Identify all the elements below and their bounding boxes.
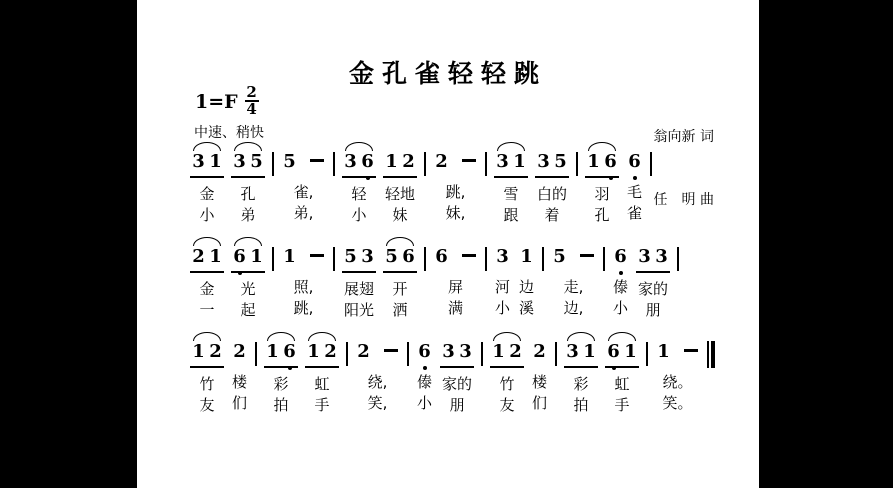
note-group: 6屏满 (433, 237, 478, 319)
note-group: 33家的朋 (636, 237, 670, 321)
lyric-verse2-syllable: 手 (605, 395, 639, 416)
bar-line (333, 237, 335, 271)
lyric-verse1-syllable: 边 (518, 277, 535, 298)
note-group: 61虹手 (605, 332, 639, 416)
note-digit: 1 (264, 342, 281, 362)
lyric-verse2-syllable: 满 (433, 298, 478, 319)
arc-spacer (436, 142, 475, 151)
lyric-verse2-syllable: 着 (535, 205, 569, 226)
lyric-verse1-syllable: 虹 (305, 374, 339, 395)
lyric-verse2-syllable: 弟, (281, 203, 326, 224)
bar-line-mark (272, 152, 274, 176)
bar-line (603, 237, 605, 271)
lyric-verse2-syllable: 起 (231, 300, 265, 321)
arc-spacer (658, 332, 697, 341)
bar-line (677, 237, 679, 271)
notes-row: 1 (655, 342, 700, 366)
note-digit: 6 (433, 247, 450, 267)
note-group: 53展翅阳光 (342, 237, 376, 321)
note-digit: 6 (400, 247, 417, 267)
bar-line (255, 332, 257, 366)
note-group: 33家的朋 (440, 332, 474, 416)
lyricist-credit: 翁向新 词 (654, 127, 714, 148)
note-group: 56开洒 (383, 237, 417, 321)
note-digit-low-octave: 6 (602, 152, 619, 172)
lyric-verse1-syllable: 照, (281, 277, 326, 298)
note-digit: 1 (383, 152, 400, 172)
arc-spacer (284, 237, 323, 246)
bar-line-mark (603, 247, 605, 271)
key-signature: 1=F24 (195, 90, 259, 116)
composer-credit: 任 明 曲 (654, 190, 714, 211)
note-group: 6毛雀 (626, 142, 643, 224)
lyric-verse2-syllable: 小 (494, 298, 511, 319)
half-note-dash (462, 254, 476, 257)
lyric-verse2-syllable: 们 (231, 393, 248, 414)
note-digit: 2 (531, 342, 548, 362)
lyric-verse1-syllable: 傣 (416, 372, 433, 393)
half-note-dash (310, 254, 324, 257)
note-group: 6傣小 (416, 332, 433, 414)
lyric-verse2-syllable: 友 (190, 395, 224, 416)
slur-arc (567, 332, 595, 341)
notes-row: 36 (342, 152, 376, 178)
time-signature: 24 (245, 86, 259, 116)
note-digit-low-octave: 6 (416, 342, 433, 362)
bar-line (542, 237, 544, 271)
half-note-dash (684, 349, 698, 352)
slur-arc (493, 332, 521, 341)
slur-arc (234, 237, 262, 246)
lyric-verse1-syllable: 开 (383, 279, 417, 300)
time-signature-top: 2 (245, 86, 259, 99)
note-group: 31金小 (190, 142, 224, 226)
arc-spacer (284, 142, 323, 151)
music-line-3: 12竹友2楼们16彩拍12虹手2绕,笑,6傣小33家的朋12竹友2楼们31彩拍6… (190, 332, 723, 416)
note-group: 12竹友 (490, 332, 524, 416)
note-group: 5雀,弟, (281, 142, 326, 224)
lyric-verse1-syllable: 楼 (231, 372, 248, 393)
bar-line (424, 142, 426, 176)
bar-line (407, 332, 409, 366)
bar-line-mark (485, 247, 487, 271)
half-note-dash (462, 159, 476, 162)
arc-spacer (538, 142, 566, 151)
notes-row: 16 (264, 342, 298, 368)
notes-row: 31 (494, 152, 528, 178)
lyric-verse2-syllable: 笑, (355, 393, 400, 414)
note-digit: 3 (440, 342, 457, 362)
notes-row: 61 (231, 247, 265, 273)
note-digit: 2 (400, 152, 417, 172)
lyric-verse1-syllable: 家的 (636, 279, 670, 300)
notes-row: 2 (355, 342, 400, 366)
notes-row: 2 (433, 152, 478, 176)
notes-row: 56 (383, 247, 417, 273)
lyric-verse1-syllable: 羽 (585, 184, 619, 205)
note-digit: 1 (305, 342, 322, 362)
lyric-verse2-syllable: 阳光 (342, 300, 376, 321)
note-digit-low-octave: 6 (612, 247, 629, 267)
note-digit: 3 (564, 342, 581, 362)
time-signature-bottom: 4 (245, 103, 259, 116)
notes-row: 31 (564, 342, 598, 368)
slur-arc (267, 332, 295, 341)
lyric-verse1-syllable: 金 (190, 184, 224, 205)
bar-line (346, 332, 348, 366)
lyric-verse2-syllable: 妹, (433, 203, 478, 224)
lyric-verse2-syllable: 一 (190, 300, 224, 321)
note-digit: 2 (322, 342, 339, 362)
arc-spacer (629, 142, 640, 151)
slur-arc (608, 332, 636, 341)
note-digit: 1 (585, 152, 602, 172)
lyric-verse1-syllable: 轻 (342, 184, 376, 205)
lyric-verse1-syllable: 展翅 (342, 279, 376, 300)
lyric-verse1-syllable: 轻地 (383, 184, 417, 205)
final-bar-thick (711, 341, 715, 368)
note-digit: 1 (511, 152, 528, 172)
slur-arc (193, 332, 221, 341)
note-digit: 1 (581, 342, 598, 362)
key-signature-text: 1=F (195, 91, 238, 113)
score-page: 金孔雀轻轻跳 1=F24 中速、稍快 翁向新 词 任 明 曲 31金小35孔弟5… (137, 0, 759, 488)
bar-line (333, 142, 335, 176)
note-digit: 1 (518, 247, 535, 267)
lyric-verse2-syllable: 雀 (626, 203, 643, 224)
note-digit: 1 (655, 342, 672, 362)
arc-spacer (615, 237, 626, 246)
arc-spacer (345, 237, 373, 246)
note-digit-low-octave: 6 (281, 342, 298, 362)
note-digit: 5 (552, 152, 569, 172)
arc-spacer (234, 332, 245, 341)
notes-row: 2 (531, 342, 548, 366)
note-group: 1照,跳, (281, 237, 326, 319)
lyric-verse2-syllable: 小 (416, 393, 433, 414)
music-line-1: 31金小35孔弟5雀,弟,36轻小12轻地妹2跳,妹,31雪跟35白的着16羽孔… (190, 142, 659, 226)
note-digit: 1 (622, 342, 639, 362)
final-bar-thin (707, 341, 709, 368)
note-digit: 5 (248, 152, 265, 172)
slur-arc (234, 142, 262, 151)
note-group: 12轻地妹 (383, 142, 417, 226)
notes-row: 5 (281, 152, 326, 176)
arc-spacer (534, 332, 545, 341)
arc-spacer (639, 237, 667, 246)
note-digit: 3 (494, 247, 511, 267)
note-digit: 3 (457, 342, 474, 362)
note-digit: 1 (190, 342, 207, 362)
lyric-verse2-syllable: 小 (612, 298, 629, 319)
lyric-verse1-syllable: 家的 (440, 374, 474, 395)
half-note-dash (310, 159, 324, 162)
arc-spacer (443, 332, 471, 341)
lyric-verse1-syllable: 竹 (490, 374, 524, 395)
notes-row: 6 (416, 342, 433, 366)
note-digit: 5 (281, 152, 298, 172)
note-digit: 3 (636, 247, 653, 267)
bar-line (272, 237, 274, 271)
note-digit: 5 (342, 247, 359, 267)
lyric-verse2-syllable: 拍 (564, 395, 598, 416)
lyric-verse1-syllable: 彩 (564, 374, 598, 395)
note-digit: 1 (490, 342, 507, 362)
arc-spacer (497, 237, 508, 246)
note-digit: 1 (207, 152, 224, 172)
lyric-verse1-syllable: 雪 (494, 184, 528, 205)
bar-line-mark (646, 342, 648, 366)
note-digit: 3 (359, 247, 376, 267)
note-group: 35白的着 (535, 142, 569, 226)
lyric-verse2-syllable: 朋 (636, 300, 670, 321)
notes-row: 12 (383, 152, 417, 178)
lyric-verse2-syllable: 们 (531, 393, 548, 414)
lyric-verse2-syllable: 小 (190, 205, 224, 226)
notes-row: 12 (490, 342, 524, 368)
lyric-verse1-syllable: 绕。 (655, 372, 700, 393)
notes-row: 6 (626, 152, 643, 176)
note-group: 1绕。笑。 (655, 332, 700, 414)
note-digit: 2 (207, 342, 224, 362)
slur-arc (588, 142, 616, 151)
bar-line-mark (576, 152, 578, 176)
notes-row: 16 (585, 152, 619, 178)
lyric-verse1-syllable: 傣 (612, 277, 629, 298)
note-digit: 2 (507, 342, 524, 362)
note-group: 16羽孔 (585, 142, 619, 226)
tempo-marking: 中速、稍快 (194, 122, 264, 142)
lyric-verse2-syllable: 拍 (264, 395, 298, 416)
note-group: 2跳,妹, (433, 142, 478, 224)
lyric-verse1-syllable: 屏 (433, 277, 478, 298)
lyric-verse2-syllable: 洒 (383, 300, 417, 321)
lyric-verse1-syllable: 毛 (626, 182, 643, 203)
note-digit: 3 (342, 152, 359, 172)
arc-spacer (386, 142, 414, 151)
lyric-verse1-syllable: 绕, (355, 372, 400, 393)
lyric-verse1-syllable: 彩 (264, 374, 298, 395)
bar-line-mark (650, 152, 652, 176)
slur-arc (345, 142, 373, 151)
note-digit: 3 (231, 152, 248, 172)
lyric-verse1-syllable: 竹 (190, 374, 224, 395)
lyric-verse1-syllable: 楼 (531, 372, 548, 393)
lyric-verse2-syllable: 跟 (494, 205, 528, 226)
note-group: 3河小 (494, 237, 511, 319)
note-digit: 1 (248, 247, 265, 267)
note-group: 5走,边, (551, 237, 596, 319)
bar-line (424, 237, 426, 271)
page-background: { "window": {"canvas_bg": "#000000", "pa… (0, 0, 893, 488)
note-group: 35孔弟 (231, 142, 265, 226)
notes-row: 12 (305, 342, 339, 368)
lyric-verse1-syllable: 河 (494, 277, 511, 298)
lyric-verse1-syllable: 虹 (605, 374, 639, 395)
note-digit-low-octave: 6 (359, 152, 376, 172)
note-group: 31雪跟 (494, 142, 528, 226)
lyric-verse2-syllable: 溪 (518, 298, 535, 319)
lyric-verse2-syllable: 笑。 (655, 393, 700, 414)
notes-row: 35 (231, 152, 265, 178)
notes-row: 12 (190, 342, 224, 368)
arc-spacer (521, 237, 532, 246)
bar-line (650, 142, 652, 176)
bar-line-mark (542, 247, 544, 271)
notes-row: 5 (551, 247, 596, 271)
notes-row: 2 (231, 342, 248, 366)
note-digit: 2 (433, 152, 450, 172)
note-group: 31彩拍 (564, 332, 598, 416)
final-bar-lines (707, 341, 716, 368)
arc-spacer (554, 237, 593, 246)
note-group: 6傣小 (612, 237, 629, 319)
notes-row: 61 (605, 342, 639, 368)
half-note-dash (384, 349, 398, 352)
notes-row: 33 (440, 342, 474, 368)
bar-line-mark (555, 342, 557, 366)
bar-line-mark (677, 247, 679, 271)
note-digit-low-octave: 6 (626, 152, 643, 172)
note-digit: 2 (355, 342, 372, 362)
bar-line-mark (333, 152, 335, 176)
half-note-dash (580, 254, 594, 257)
note-group: 1边溪 (518, 237, 535, 319)
bar-line (646, 332, 648, 366)
bar-line-mark (424, 152, 426, 176)
note-group: 61光起 (231, 237, 265, 321)
bar-line-mark (346, 342, 348, 366)
note-digit: 3 (494, 152, 511, 172)
bar-line (272, 142, 274, 176)
bar-line-mark (333, 247, 335, 271)
slur-arc (308, 332, 336, 341)
bar-line-mark (272, 247, 274, 271)
lyric-verse2-syllable: 边, (551, 298, 596, 319)
bar-line (576, 142, 578, 176)
note-group: 2绕,笑, (355, 332, 400, 414)
note-digit: 1 (281, 247, 298, 267)
lyric-verse2-syllable: 小 (342, 205, 376, 226)
note-digit-low-octave: 6 (605, 342, 622, 362)
bar-line (485, 237, 487, 271)
note-group: 2楼们 (531, 332, 548, 414)
note-group: 21金一 (190, 237, 224, 321)
note-digit-low-octave: 6 (231, 247, 248, 267)
slur-arc (193, 237, 221, 246)
note-digit: 3 (653, 247, 670, 267)
note-group: 12虹手 (305, 332, 339, 416)
lyric-verse2-syllable: 跳, (281, 298, 326, 319)
arc-spacer (419, 332, 430, 341)
note-group: 12竹友 (190, 332, 224, 416)
note-digit: 2 (231, 342, 248, 362)
note-group: 2楼们 (231, 332, 248, 414)
notes-row: 1 (518, 247, 535, 271)
lyric-verse1-syllable: 孔 (231, 184, 265, 205)
bar-line-mark (424, 247, 426, 271)
notes-row: 33 (636, 247, 670, 273)
lyric-verse1-syllable: 金 (190, 279, 224, 300)
note-digit: 1 (207, 247, 224, 267)
lyric-verse2-syllable: 朋 (440, 395, 474, 416)
music-line-2: 21金一61光起1照,跳,53展翅阳光56开洒6屏满3河小1边溪5走,边,6傣小… (190, 237, 686, 321)
bar-line-mark (485, 152, 487, 176)
lyric-verse1-syllable: 雀, (281, 182, 326, 203)
note-group: 36轻小 (342, 142, 376, 226)
notes-row: 21 (190, 247, 224, 273)
notes-row: 6 (612, 247, 629, 271)
note-digit: 3 (190, 152, 207, 172)
lyric-verse1-syllable: 白的 (535, 184, 569, 205)
notes-row: 35 (535, 152, 569, 178)
slur-arc (386, 237, 414, 246)
arc-spacer (358, 332, 397, 341)
arc-spacer (436, 237, 475, 246)
note-digit: 5 (551, 247, 568, 267)
lyric-verse1-syllable: 跳, (433, 182, 478, 203)
lyric-verse1-syllable: 光 (231, 279, 265, 300)
slur-arc (193, 142, 221, 151)
lyric-verse1-syllable: 走, (551, 277, 596, 298)
notes-row: 6 (433, 247, 478, 271)
bar-line-mark (255, 342, 257, 366)
slur-arc (497, 142, 525, 151)
note-digit: 3 (535, 152, 552, 172)
final-bar-line (707, 332, 716, 368)
notes-row: 31 (190, 152, 224, 178)
note-digit: 5 (383, 247, 400, 267)
lyric-verse2-syllable: 弟 (231, 205, 265, 226)
notes-row: 1 (281, 247, 326, 271)
bar-line (481, 332, 483, 366)
notes-row: 53 (342, 247, 376, 273)
credits: 翁向新 词 任 明 曲 (654, 85, 714, 253)
lyric-verse2-syllable: 妹 (383, 205, 417, 226)
bar-line (555, 332, 557, 366)
notes-row: 3 (494, 247, 511, 271)
note-digit: 2 (190, 247, 207, 267)
lyric-verse2-syllable: 手 (305, 395, 339, 416)
lyric-verse2-syllable: 孔 (585, 205, 619, 226)
bar-line-mark (481, 342, 483, 366)
bar-line (485, 142, 487, 176)
note-group: 16彩拍 (264, 332, 298, 416)
bar-line-mark (407, 342, 409, 366)
lyric-verse2-syllable: 友 (490, 395, 524, 416)
